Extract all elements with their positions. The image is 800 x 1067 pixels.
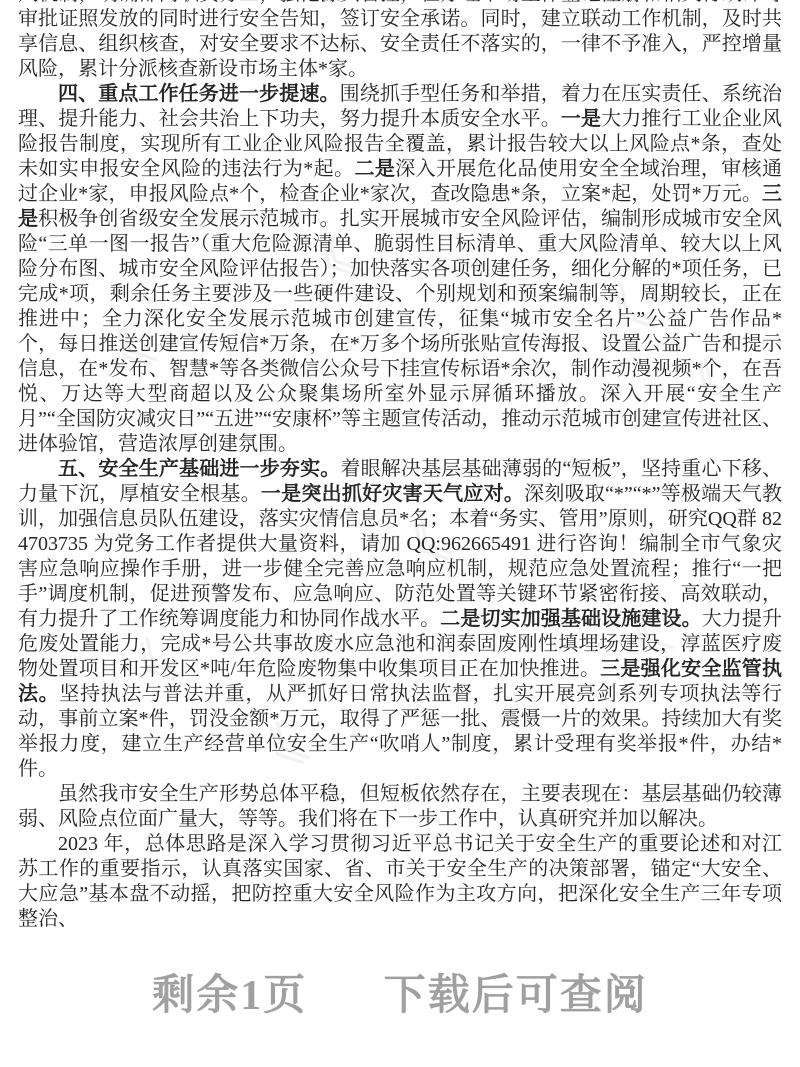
para-section-5: 五、安全生产基础进一步夯实。着眼解决基层基础薄弱的“短板”，坚持重心下移、力量下… xyxy=(18,457,782,782)
preview-footer: 剩余1页 下载后可查阅 xyxy=(0,962,800,1022)
text-run: 2023 年，总体思路是深入学习贯彻习近平总书记关于安全生产的重要论述和对江苏工… xyxy=(18,833,782,930)
bold-run: 四、重点工作任务进一步提速。 xyxy=(58,83,340,105)
bold-run: 五、安全生产基础进一步夯实。 xyxy=(58,458,340,480)
bold-run: 二是 xyxy=(354,158,395,180)
para-2023-outlook: 2023 年，总体思路是深入学习贯彻习近平总书记关于安全生产的重要论述和对江苏工… xyxy=(18,832,782,932)
para-section-4: 四、重点工作任务进一步提速。围绕抓手型任务和举措，着力在压实责任、系统治理、提升… xyxy=(18,82,782,457)
clipped-line-fragment: 入机制，明确部门职责分工，强化源头管控，在办理市场主体登记注册和相关行政许可 xyxy=(18,0,782,5)
document-page: 《 《 《 《 《 《 《 《 《 入机制，明确部门职责分工，强化源头管控，在办… xyxy=(0,0,800,1067)
para-shortcomings: 虽然我市安全生产形势总体平稳，但短板依然存在，主要表现在：基层基础仍较薄弱、风险… xyxy=(18,782,782,832)
bold-run: 一是 xyxy=(561,108,601,130)
document-body: 入机制，明确部门职责分工，强化源头管控，在办理市场主体登记注册和相关行政许可审批… xyxy=(18,0,782,932)
para-continued: 入机制，明确部门职责分工，强化源头管控，在办理市场主体登记注册和相关行政许可审批… xyxy=(18,0,782,82)
text-run: 虽然我市安全生产形势总体平稳，但短板依然存在，主要表现在：基层基础仍较薄弱、风险… xyxy=(18,783,782,830)
text-run: 审批证照发放的同时进行安全告知，签订安全承诺。同时，建立联动工作机制，及时共享信… xyxy=(18,8,782,80)
bold-run: 二是切实加强基础设施建设。 xyxy=(440,608,701,630)
text-run: 积极争创省级安全发展示范城市。扎实开展城市安全风险评估，编制形成城市安全风险“三… xyxy=(18,208,782,455)
bold-run: 一是突出抓好灾害天气应对。 xyxy=(261,483,524,505)
download-hint-label: 下载后可查阅 xyxy=(384,973,648,1019)
pages-remaining-label: 剩余1页 xyxy=(152,973,307,1019)
text-run: 坚持执法与普法并重，从严抓好日常执法监督，扎实开展亮剑系列专项执法等行动，事前立… xyxy=(18,683,782,780)
